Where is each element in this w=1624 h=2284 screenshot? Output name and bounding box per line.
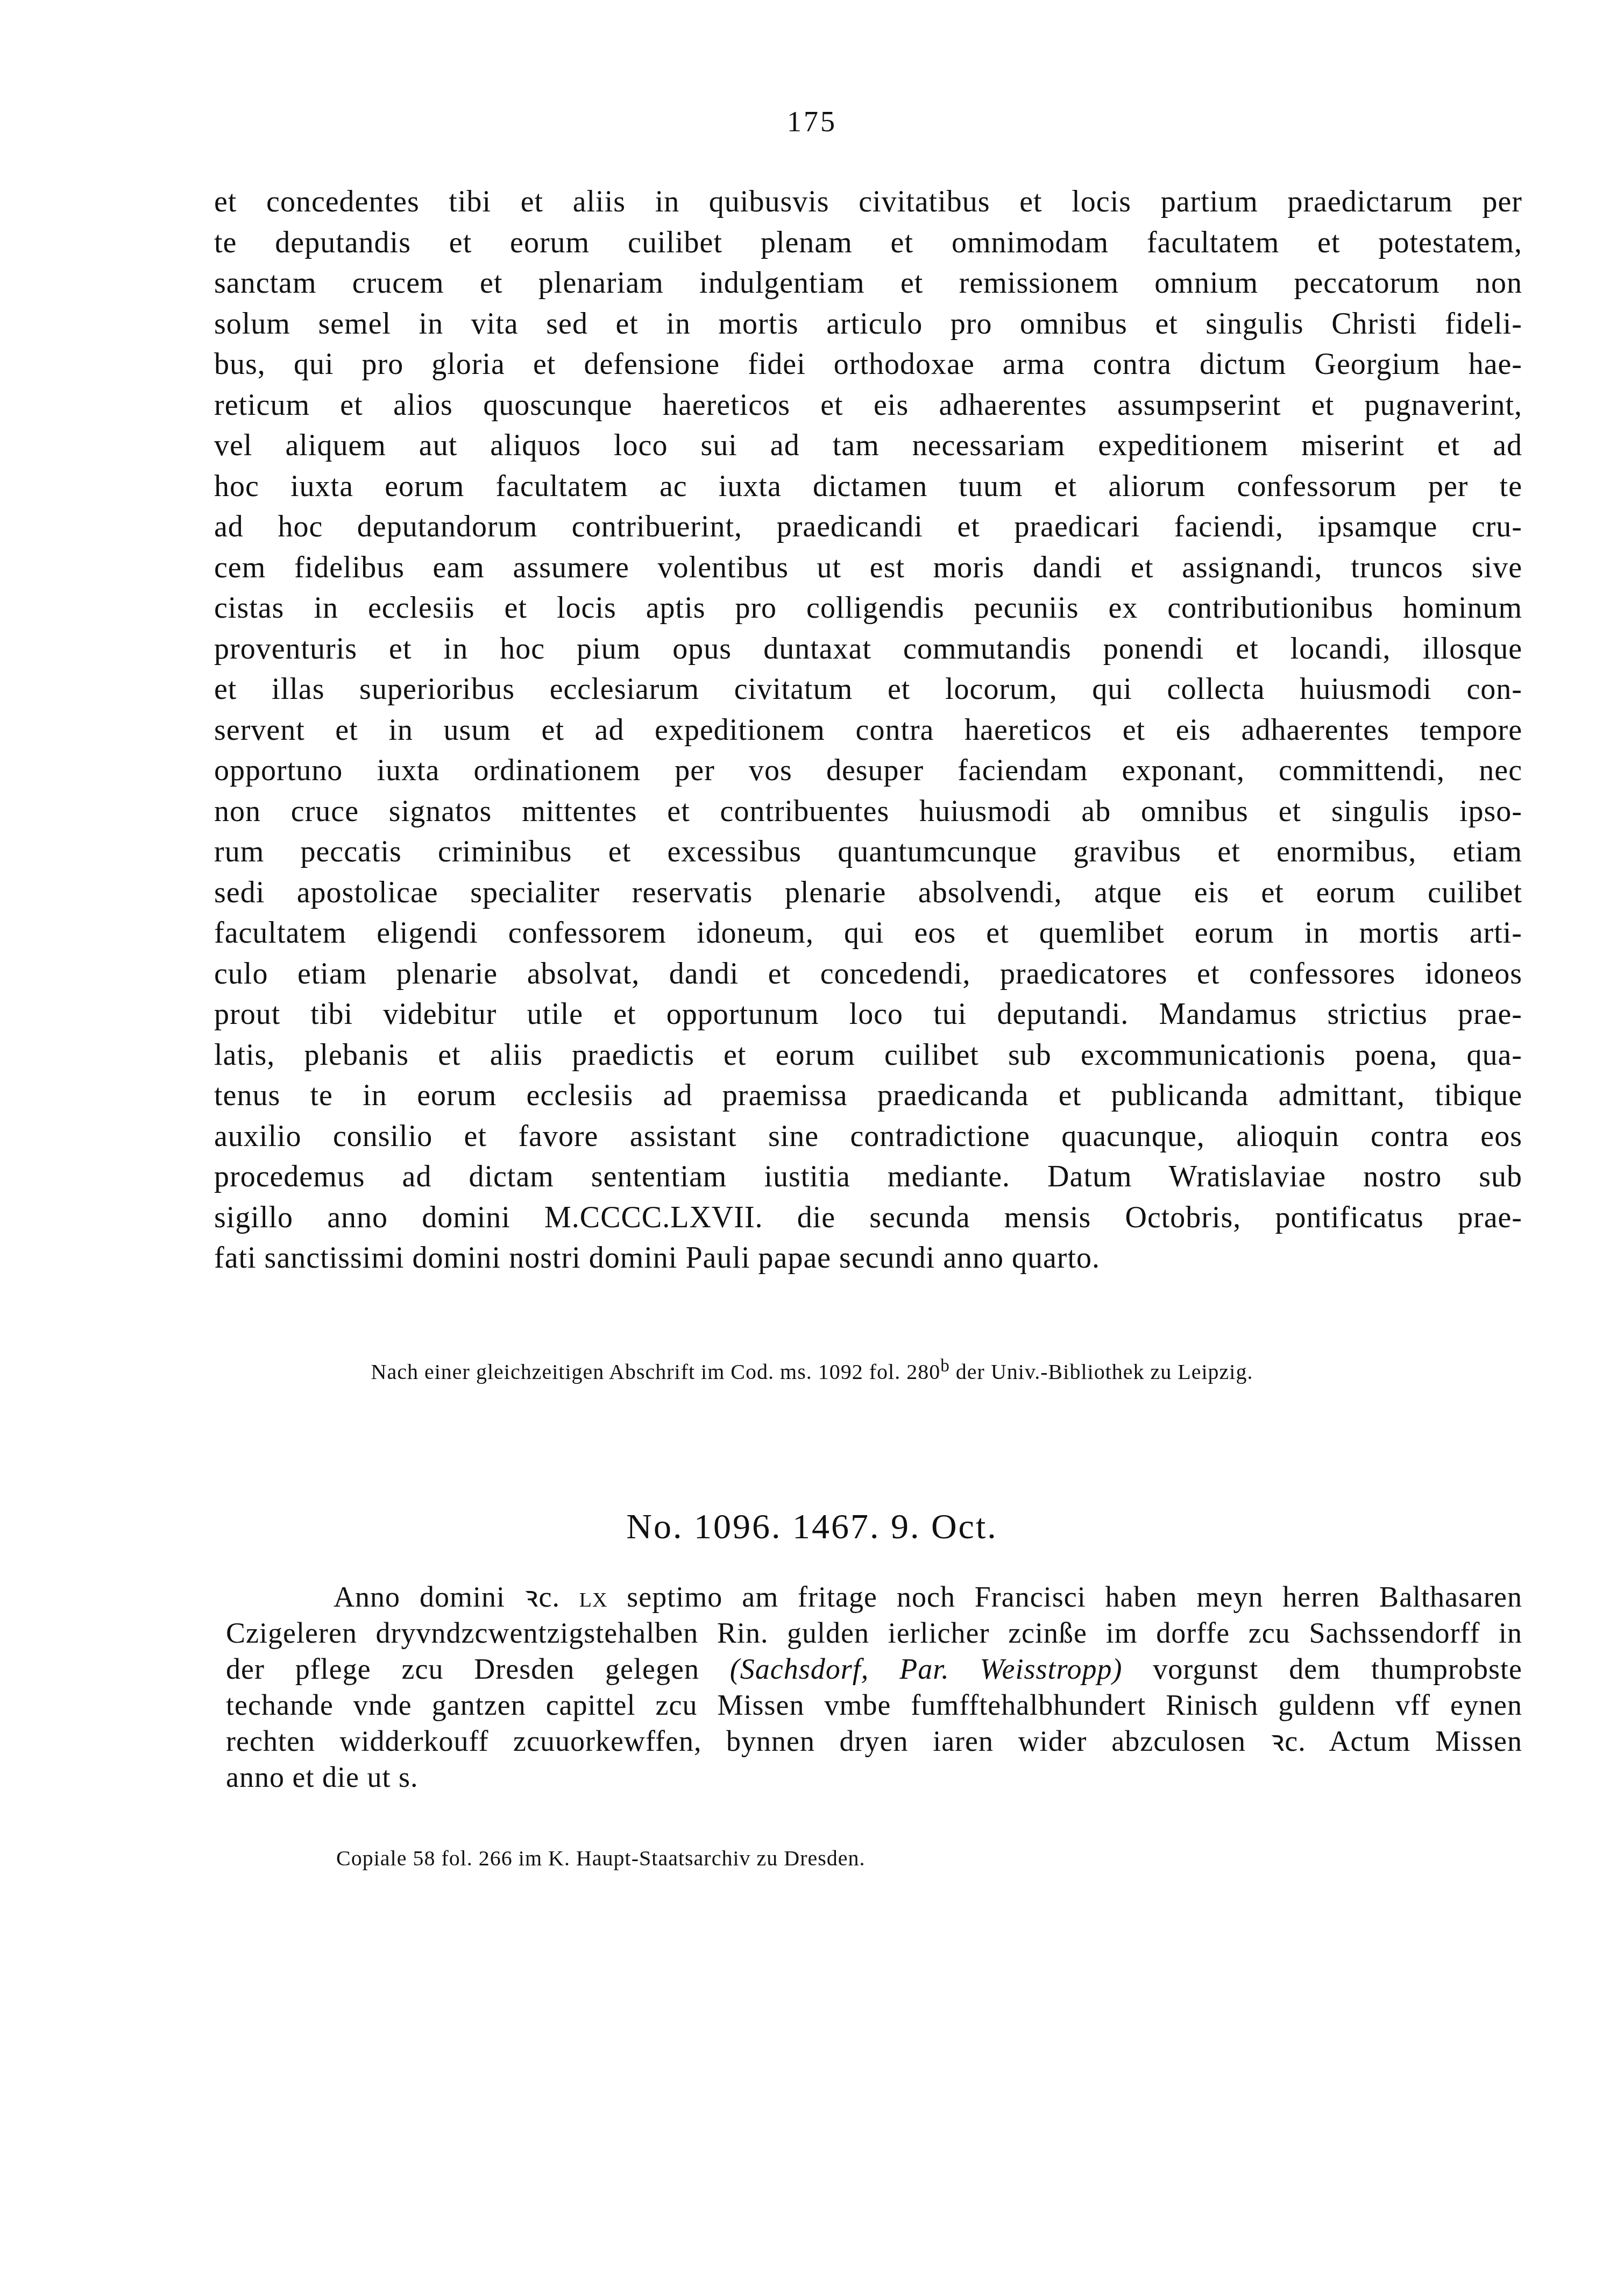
document-1-body: et concedentes tibi et aliis in quibusvi…	[214, 182, 1522, 1279]
text-line: tenus te in eorum ecclesiis ad praemissa…	[214, 1076, 1522, 1116]
text-line: Czigeleren dryvndzcwentzigstehalben Rin.…	[226, 1615, 1522, 1651]
editorial-annotation: (Sachsdorf, Par. Weisstropp)	[730, 1653, 1123, 1685]
text-line: rum peccatis criminibus et excessibus qu…	[214, 832, 1522, 873]
text-span: Anno domini	[334, 1581, 524, 1613]
document-2-body: Anno domini ꝛc. lx septimo am fritage no…	[226, 1579, 1522, 1795]
source-note-superscript: b	[940, 1356, 950, 1376]
text-line: solum semel in vita sed et in mortis art…	[214, 304, 1522, 345]
text-span: septimo am fritage noch Francisci haben …	[607, 1581, 1522, 1613]
document-2-heading: No. 1096. 1467. 9. Oct.	[0, 1507, 1624, 1547]
source-note-1: Nach einer gleichzeitigen Abschrift im C…	[0, 1356, 1624, 1384]
text-line: cem fidelibus eam assumere volentibus ut…	[214, 548, 1522, 589]
text-line: prout tibi videbitur utile et opportunum…	[214, 994, 1522, 1035]
text-line: ad hoc deputandorum contribuerint, praed…	[214, 507, 1522, 548]
text-line: cistas in ecclesiis et locis aptis pro c…	[214, 588, 1522, 629]
text-span: der pflege zcu Dresden gelegen	[226, 1653, 730, 1685]
text-line: et concedentes tibi et aliis in quibusvi…	[214, 182, 1522, 223]
text-line: fati sanctissimi domini nostri domini Pa…	[214, 1238, 1522, 1279]
text-line: auxilio consilio et favore assistant sin…	[214, 1116, 1522, 1157]
source-note-text: Nach einer gleichzeitigen Abschrift im C…	[371, 1360, 941, 1384]
text-line: anno et die ut s.	[226, 1759, 1522, 1795]
text-span: vorgunst dem thumprobste	[1123, 1653, 1522, 1685]
source-note-text-end: der Univ.-Bibliothek zu Leipzig.	[950, 1360, 1253, 1384]
text-line: proventuris et in hoc pium opus duntaxat…	[214, 629, 1522, 670]
text-line: procedemus ad dictam sententiam iustitia…	[214, 1157, 1522, 1198]
text-line: opportuno iuxta ordinationem per vos des…	[214, 751, 1522, 791]
text-line: sedi apostolicae specialiter reservatis …	[214, 873, 1522, 914]
text-line: sigillo anno domini M.CCCC.LXVII. die se…	[214, 1198, 1522, 1239]
text-line: culo etiam plenarie absolvat, dandi et c…	[214, 954, 1522, 995]
page-number: 175	[0, 105, 1624, 138]
text-line: hoc iuxta eorum facultatem ac iuxta dict…	[214, 466, 1522, 507]
text-line: vel aliquem aut aliquos loco sui ad tam …	[214, 426, 1522, 466]
text-line: techande vnde gantzen capittel zcu Misse…	[226, 1687, 1522, 1723]
text-line: latis, plebanis et aliis praedictis et e…	[214, 1035, 1522, 1076]
text-line: sanctam crucem et plenariam indulgentiam…	[214, 263, 1522, 304]
etc-abbreviation: ꝛc.	[524, 1581, 560, 1613]
text-line: Anno domini ꝛc. lx septimo am fritage no…	[226, 1579, 1522, 1615]
text-line: servent et in usum et ad expeditionem co…	[214, 710, 1522, 751]
text-line: reticum et alios quoscunque haereticos e…	[214, 385, 1522, 426]
text-line: et illas superioribus ecclesiarum civita…	[214, 669, 1522, 710]
text-line: bus, qui pro gloria et defensione fidei …	[214, 344, 1522, 385]
text-line: non cruce signatos mittentes et contribu…	[214, 791, 1522, 832]
text-line: der pflege zcu Dresden gelegen (Sachsdor…	[226, 1651, 1522, 1687]
source-note-2: Copiale 58 fol. 266 im K. Haupt-Staatsar…	[336, 1845, 866, 1871]
text-line: te deputandis et eorum cuilibet plenam e…	[214, 223, 1522, 264]
roman-numeral: lx	[560, 1581, 608, 1613]
text-line: rechten widderkouff zcuuorkewffen, bynne…	[226, 1723, 1522, 1759]
text-line: facultatem eligendi confessorem idoneum,…	[214, 913, 1522, 954]
